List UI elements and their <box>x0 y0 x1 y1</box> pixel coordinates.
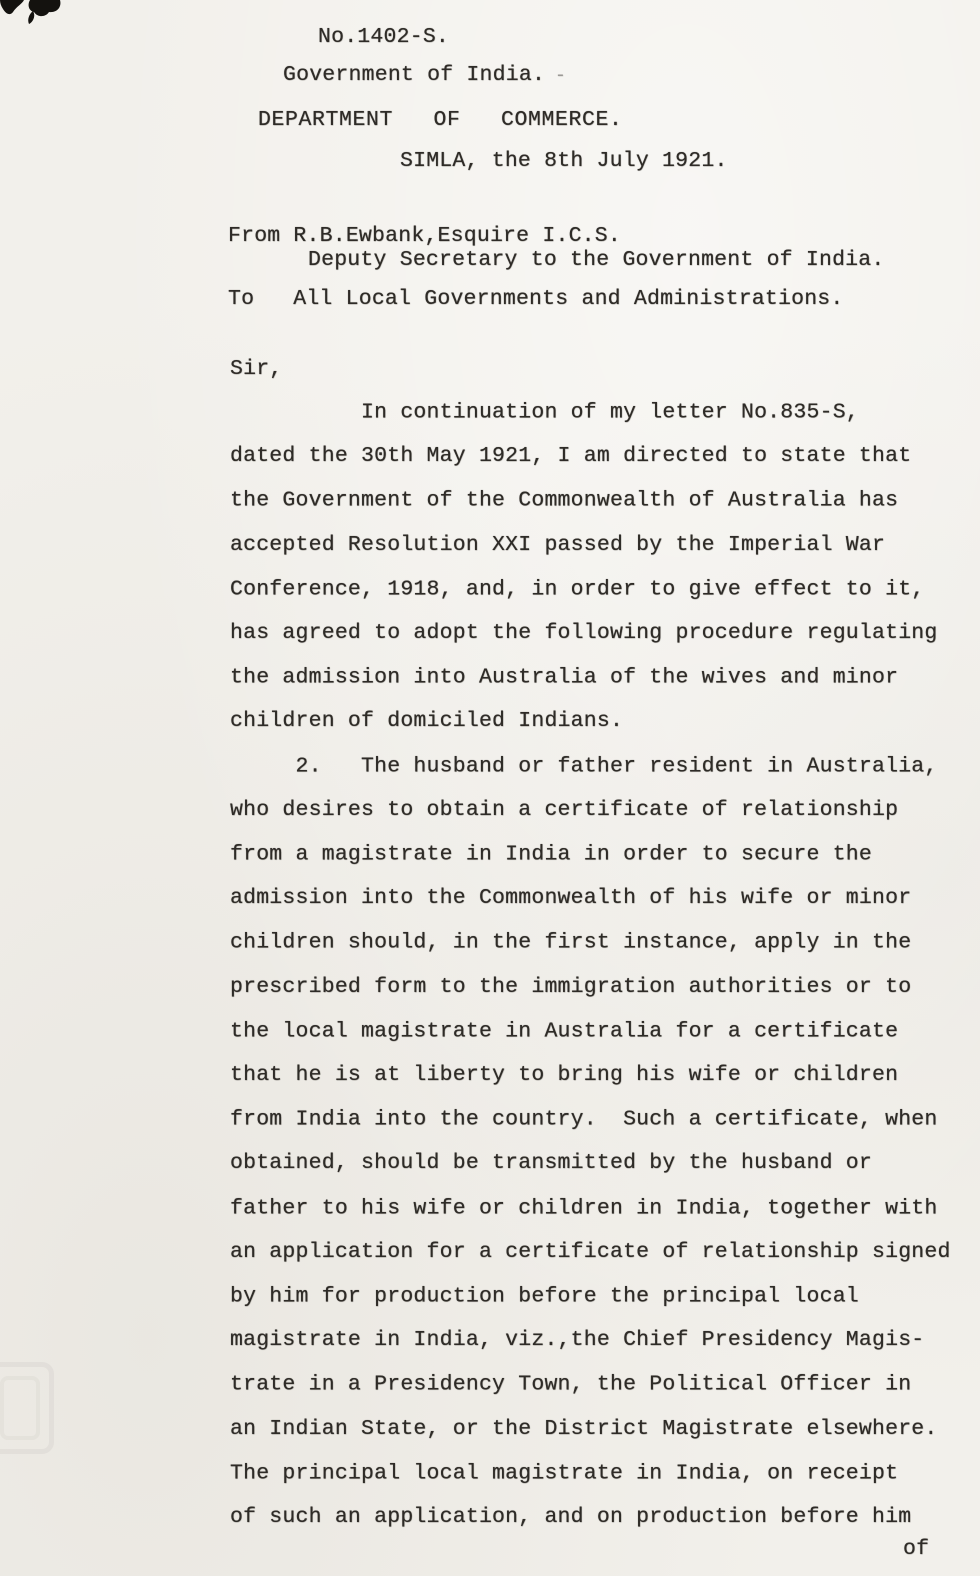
text-line: magistrate in India, viz.,the Chief Pres… <box>230 1318 951 1362</box>
to-label: To <box>228 287 254 311</box>
org-name: Government of India. <box>283 63 545 87</box>
text-line: prescribed form to the immigration autho… <box>230 965 951 1009</box>
embossed-stamp-artifact <box>0 1362 54 1454</box>
pencil-dash-mark: - <box>555 66 566 86</box>
text-line: from a magistrate in India in order to s… <box>230 833 951 877</box>
text-line: has agreed to adopt the following proced… <box>230 611 951 655</box>
embossed-stamp-inner-ring <box>0 1376 40 1440</box>
text-line: father to his wife or children in India,… <box>230 1186 951 1230</box>
text-line: of such an application, and on productio… <box>230 1495 951 1539</box>
catchword: of <box>903 1536 929 1562</box>
from-label: From <box>228 224 280 248</box>
scanned-letter-page: No.1402-S. Government of India.- DEPARTM… <box>0 0 980 1576</box>
org-line: Government of India.- <box>283 62 566 89</box>
from-line: FromR.B.Ewbank,Esquire I.C.S. <box>228 223 621 249</box>
text-line: accepted Resolution XXI passed by the Im… <box>230 523 951 567</box>
text-line: children should, in the first instance, … <box>230 921 951 965</box>
text-line: by him for production before the princip… <box>230 1275 951 1319</box>
text-line: children of domiciled Indians. <box>230 699 951 743</box>
department-name: DEPARTMENT OF COMMERCE. <box>258 107 623 133</box>
ink-blot-artifact <box>0 0 100 46</box>
salutation: Sir, <box>230 356 282 382</box>
text-line: In continuation of my letter No.835-S, <box>230 391 951 435</box>
text-line: the admission into Australia of the wive… <box>230 656 951 700</box>
text-line: the local magistrate in Australia for a … <box>230 1009 951 1053</box>
text-line: an application for a certificate of rela… <box>230 1230 951 1274</box>
text-line: that he is at liberty to bring his wife … <box>230 1053 951 1097</box>
text-line: trate in a Presidency Town, the Politica… <box>230 1363 951 1407</box>
to-value: All Local Governments and Administration… <box>293 287 843 311</box>
text-line: an Indian State, or the District Magistr… <box>230 1407 951 1451</box>
text-line: The principal local magistrate in India,… <box>230 1451 951 1495</box>
text-line: Conference, 1918, and, in order to give … <box>230 567 951 611</box>
from-title: Deputy Secretary to the Government of In… <box>308 247 885 273</box>
text-line: the Government of the Commonwealth of Au… <box>230 479 951 523</box>
text-line: from India into the country. Such a cert… <box>230 1098 951 1142</box>
text-line: admission into the Commonwealth of his w… <box>230 876 951 920</box>
from-name: R.B.Ewbank,Esquire I.C.S. <box>293 224 621 248</box>
dateline: SIMLA, the 8th July 1921. <box>400 148 728 174</box>
text-line: who desires to obtain a certificate of r… <box>230 788 951 832</box>
letter-body: In continuation of my letter No.835-S,da… <box>230 390 951 1539</box>
text-line: obtained, should be transmitted by the h… <box>230 1141 951 1185</box>
to-line: ToAll Local Governments and Administrati… <box>228 286 844 312</box>
text-line: 2. The husband or father resident in Aus… <box>230 744 951 788</box>
reference-number: No.1402-S. <box>318 24 449 50</box>
text-line: dated the 30th May 1921, I am directed t… <box>230 434 951 478</box>
